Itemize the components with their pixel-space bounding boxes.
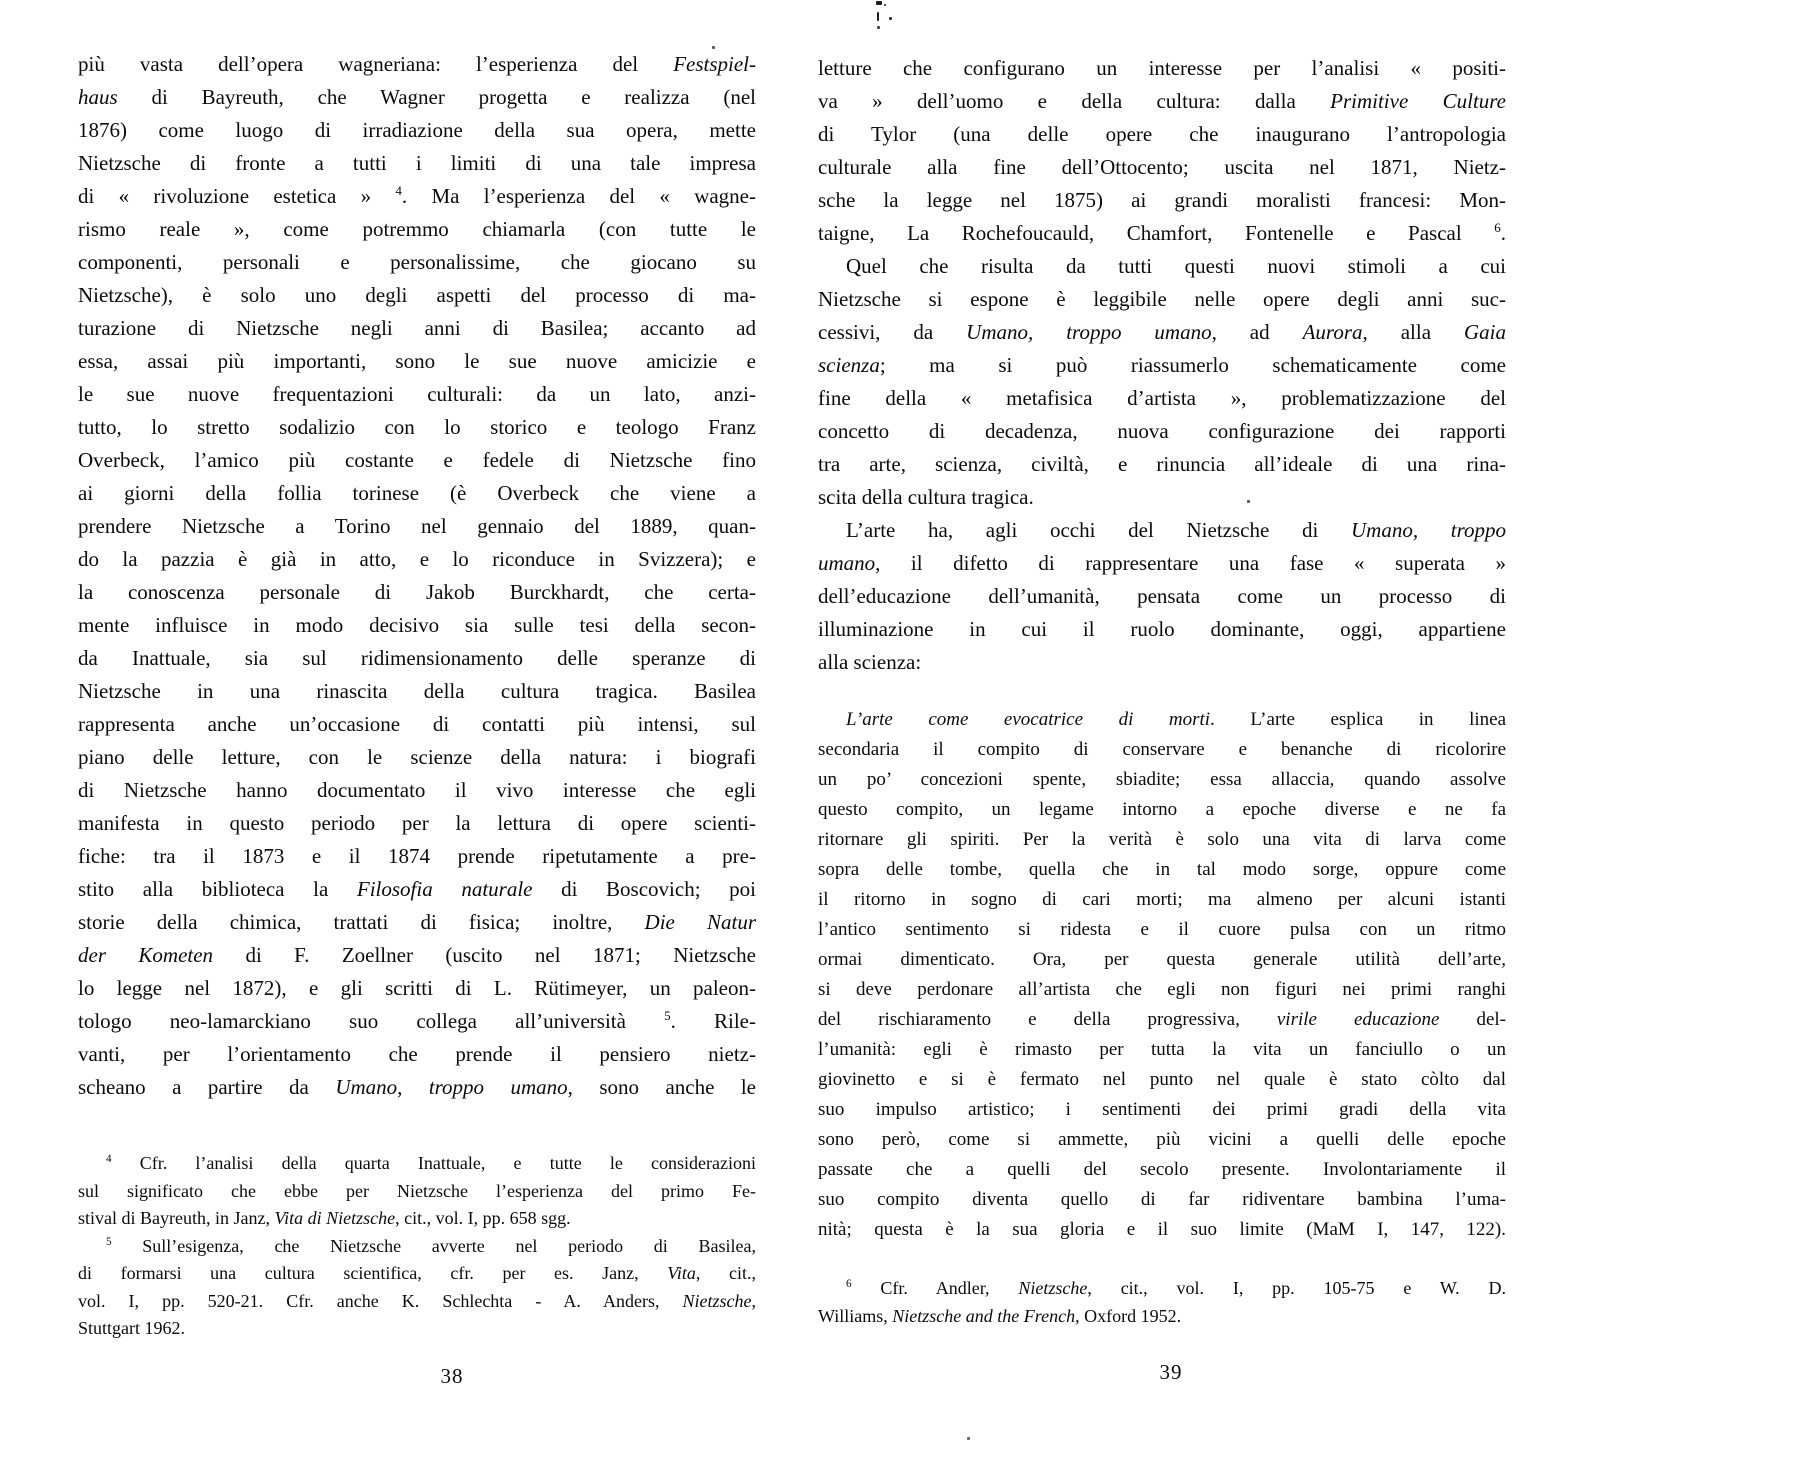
text-line: questo compito, un legame intorno a epoc… bbox=[818, 795, 1506, 825]
text-line: scienza; ma si può riassumerlo schematic… bbox=[818, 349, 1506, 382]
text-line: stito alla biblioteca la Filosofia natur… bbox=[78, 873, 756, 906]
text-line: sche la legge nel 1875) ai grandi morali… bbox=[818, 184, 1506, 217]
ink-speck bbox=[877, 26, 880, 29]
text-line: di formarsi una cultura scientifica, cfr… bbox=[78, 1260, 756, 1288]
text-line: Overbeck, l’amico più costante e fedele … bbox=[78, 444, 756, 477]
page-number-left: 38 bbox=[441, 1364, 464, 1389]
page-right-text-column: letture che configurano un interesse per… bbox=[818, 52, 1506, 1330]
text-line: fine della « metafisica d’artista », pro… bbox=[818, 382, 1506, 415]
text-line: di Nietzsche hanno documentato il vivo i… bbox=[78, 774, 756, 807]
ink-speck bbox=[967, 1437, 970, 1440]
text-line: storie della chimica, trattati di fisica… bbox=[78, 906, 756, 939]
text-line: 4 Cfr. l’analisi della quarta Inattuale,… bbox=[78, 1150, 756, 1178]
ink-speck bbox=[884, 4, 886, 6]
text-line: dell’educazione dell’umanità, pensata co… bbox=[818, 580, 1506, 613]
text-line: un po’ concezioni spente, sbiadite; essa… bbox=[818, 765, 1506, 795]
text-line: sul significato che ebbe per Nietzsche l… bbox=[78, 1178, 756, 1206]
text-line: componenti, personali e personalissime, … bbox=[78, 246, 756, 279]
text-line: va » dell’uomo e della cultura: dalla Pr… bbox=[818, 85, 1506, 118]
text-line: Nietzsche di fronte a tutti i limiti di … bbox=[78, 147, 756, 180]
text-line: Quel che risulta da tutti questi nuovi s… bbox=[818, 250, 1506, 283]
text-line: fiche: tra il 1873 e il 1874 prende ripe… bbox=[78, 840, 756, 873]
text-line: suo compito diventa quello di far ridive… bbox=[818, 1185, 1506, 1215]
text-line: piano delle letture, con le scienze dell… bbox=[78, 741, 756, 774]
footnotes-block: 4 Cfr. l’analisi della quarta Inattuale,… bbox=[78, 1150, 756, 1343]
text-line: stival di Bayreuth, in Janz, Vita di Nie… bbox=[78, 1205, 756, 1233]
text-line: manifesta in questo periodo per la lettu… bbox=[78, 807, 756, 840]
text-line: lo legge nel 1872), e gli scritti di L. … bbox=[78, 972, 756, 1005]
text-line: ritornare gli spiriti. Per la verità è s… bbox=[818, 825, 1506, 855]
ink-speck bbox=[889, 17, 892, 20]
text-line: 6 Cfr. Andler, Nietzsche, cit., vol. I, … bbox=[818, 1275, 1506, 1303]
text-line: passate che a quelli del secolo presente… bbox=[818, 1155, 1506, 1185]
body-block: più vasta dell’opera wagneriana: l’esper… bbox=[78, 48, 756, 1104]
body-block: letture che configurano un interesse per… bbox=[818, 52, 1506, 679]
text-line: da Inattuale, sia sul ridimensionamento … bbox=[78, 642, 756, 675]
text-line: Nietzsche), è solo uno degli aspetti del… bbox=[78, 279, 756, 312]
text-line: si deve perdonare all’artista che egli n… bbox=[818, 975, 1506, 1005]
text-line: umano, il difetto di rappresentare una f… bbox=[818, 547, 1506, 580]
text-line: letture che configurano un interesse per… bbox=[818, 52, 1506, 85]
text-line: 5 Sull’esigenza, che Nietzsche avverte n… bbox=[78, 1233, 756, 1261]
text-line: le sue nuove frequentazioni culturali: d… bbox=[78, 378, 756, 411]
page-left-text-column: più vasta dell’opera wagneriana: l’esper… bbox=[78, 48, 756, 1343]
text-line: alla scienza: bbox=[818, 646, 1506, 679]
text-line: nità; questa è la sua gloria e il suo li… bbox=[818, 1215, 1506, 1245]
text-line: suo impulso artistico; i sentimenti dei … bbox=[818, 1095, 1506, 1125]
text-line: taigne, La Rochefoucauld, Chamfort, Font… bbox=[818, 217, 1506, 250]
text-line: turazione di Nietzsche negli anni di Bas… bbox=[78, 312, 756, 345]
text-line: essa, assai più importanti, sono le sue … bbox=[78, 345, 756, 378]
page-number-right: 39 bbox=[1160, 1360, 1183, 1385]
text-line: haus di Bayreuth, che Wagner progetta e … bbox=[78, 81, 756, 114]
text-line: vol. I, pp. 520-21. Cfr. anche K. Schlec… bbox=[78, 1288, 756, 1316]
text-line: mente influisce in modo decisivo sia sul… bbox=[78, 609, 756, 642]
text-line: prendere Nietzsche a Torino nel gennaio … bbox=[78, 510, 756, 543]
text-line: secondaria il compito di conservare e be… bbox=[818, 735, 1506, 765]
text-line: di « rivoluzione estetica » 4. Ma l’espe… bbox=[78, 180, 756, 213]
text-line: scita della cultura tragica. bbox=[818, 481, 1506, 514]
text-line: di Tylor (una delle opere che inaugurano… bbox=[818, 118, 1506, 151]
text-line: tologo neo-lamarckiano suo collega all’u… bbox=[78, 1005, 756, 1038]
ink-speck bbox=[1247, 500, 1250, 503]
text-line: giovinetto e si è fermato nel punto nel … bbox=[818, 1065, 1506, 1095]
text-line: cessivi, da Umano, troppo umano, ad Auro… bbox=[818, 316, 1506, 349]
text-line: vanti, per l’orientamento che prende il … bbox=[78, 1038, 756, 1071]
text-line: l’antico sentimento si ridesta e il cuor… bbox=[818, 915, 1506, 945]
text-line: la conoscenza personale di Jakob Burckha… bbox=[78, 576, 756, 609]
footnotes-block: 6 Cfr. Andler, Nietzsche, cit., vol. I, … bbox=[818, 1275, 1506, 1330]
text-line: rismo reale », come potremmo chiamarla (… bbox=[78, 213, 756, 246]
ink-speck bbox=[712, 46, 715, 49]
quote-block: L’arte come evocatrice di morti. L’arte … bbox=[818, 705, 1506, 1245]
text-line: Nietzsche si espone è leggibile nelle op… bbox=[818, 283, 1506, 316]
text-line: Stuttgart 1962. bbox=[78, 1315, 756, 1343]
text-line: do la pazzia è già in atto, e lo ricondu… bbox=[78, 543, 756, 576]
text-line: L’arte come evocatrice di morti. L’arte … bbox=[818, 705, 1506, 735]
text-line: del rischiaramento e della progressiva, … bbox=[818, 1005, 1506, 1035]
text-line: Williams, Nietzsche and the French, Oxfo… bbox=[818, 1303, 1506, 1331]
text-line: sono però, come si ammette, più vicini a… bbox=[818, 1125, 1506, 1155]
text-line: rappresenta anche un’occasione di contat… bbox=[78, 708, 756, 741]
text-line: L’arte ha, agli occhi del Nietzsche di U… bbox=[818, 514, 1506, 547]
text-line: il ritorno in sogno di cari morti; ma al… bbox=[818, 885, 1506, 915]
text-line: sopra delle tombe, quella che in tal mod… bbox=[818, 855, 1506, 885]
text-line: 1876) come luogo di irradiazione della s… bbox=[78, 114, 756, 147]
text-line: Nietzsche in una rinascita della cultura… bbox=[78, 675, 756, 708]
text-line: tra arte, scienza, civiltà, e rinuncia a… bbox=[818, 448, 1506, 481]
ink-speck bbox=[876, 1, 882, 5]
text-line: der Kometen di F. Zoellner (uscito nel 1… bbox=[78, 939, 756, 972]
ink-speck bbox=[877, 12, 879, 21]
book-scan: più vasta dell’opera wagneriana: l’esper… bbox=[0, 0, 1796, 1475]
text-line: ai giorni della follia torinese (è Overb… bbox=[78, 477, 756, 510]
text-line: concetto di decadenza, nuova configurazi… bbox=[818, 415, 1506, 448]
text-line: culturale alla fine dell’Ottocento; usci… bbox=[818, 151, 1506, 184]
text-line: ormai dimenticato. Ora, per questa gener… bbox=[818, 945, 1506, 975]
text-line: più vasta dell’opera wagneriana: l’esper… bbox=[78, 48, 756, 81]
text-line: l’umanità: egli è rimasto per tutta la v… bbox=[818, 1035, 1506, 1065]
text-line: tutto, lo stretto sodalizio con lo stori… bbox=[78, 411, 756, 444]
text-line: scheano a partire da Umano, troppo umano… bbox=[78, 1071, 756, 1104]
text-line: illuminazione in cui il ruolo dominante,… bbox=[818, 613, 1506, 646]
